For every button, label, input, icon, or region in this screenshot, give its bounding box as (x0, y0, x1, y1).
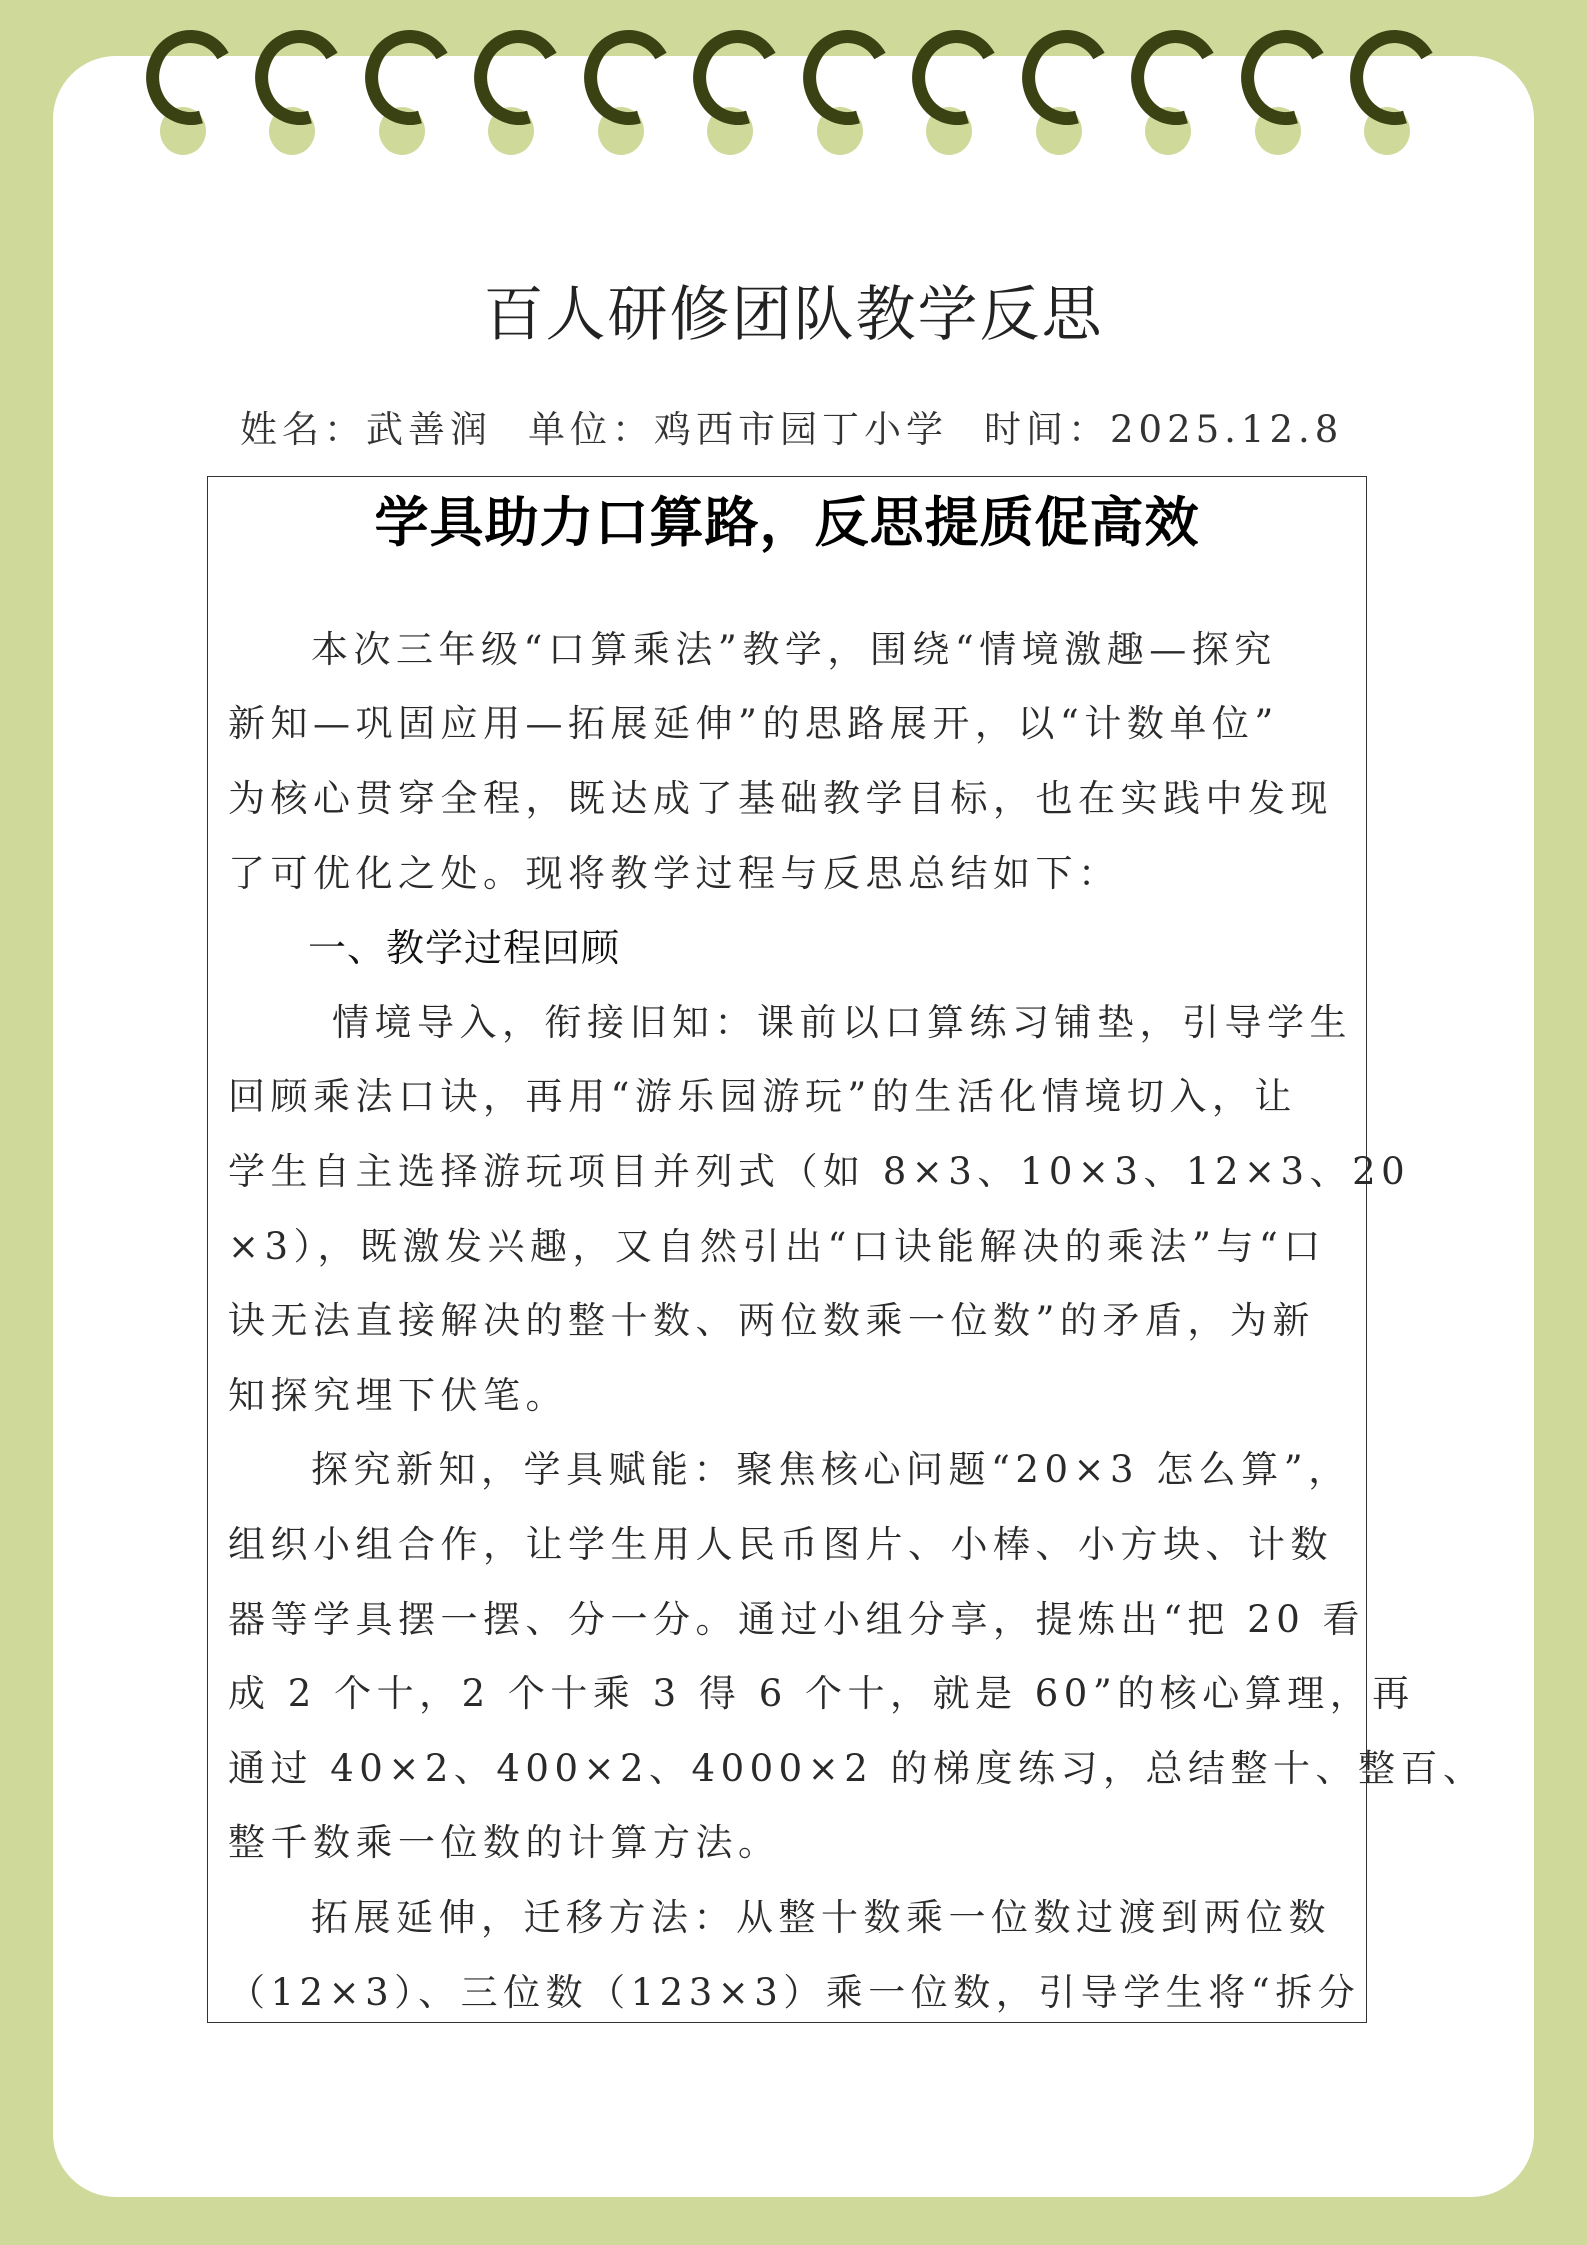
spiral-ring-icon (670, 0, 790, 170)
spiral-binding (0, 0, 1587, 200)
paragraph-line: 情境导入，衔接旧知：课前以口算练习铺垫，引导学生 (332, 986, 1462, 1061)
paragraph-line: 了可优化之处。现将教学过程与反思总结如下： (228, 837, 1358, 912)
spiral-ring-icon (561, 0, 681, 170)
spiral-ring-icon (451, 0, 571, 170)
paragraph-line: 本次三年级“口算乘法”教学，围绕“情境激趣—探究 (311, 613, 1441, 688)
paragraph-line: 拓展延伸，迁移方法：从整十数乘一位数过渡到两位数 (311, 1881, 1441, 1956)
article-subtitle: 学具助力口算路，反思提质促高效 (208, 487, 1366, 557)
unit-label: 单位： (528, 408, 654, 451)
spiral-ring-icon (1108, 0, 1228, 170)
spiral-ring-icon (999, 0, 1119, 170)
unit-value: 鸡西市园丁小学 (654, 408, 948, 451)
spiral-ring-icon (1218, 0, 1338, 170)
paragraph-line: 整千数乘一位数的计算方法。 (228, 1806, 1358, 1881)
paragraph-line: 成 2 个十，2 个十乘 3 得 6 个十，就是 60”的核心算理，再 (228, 1657, 1358, 1732)
spiral-ring-icon (1327, 0, 1447, 170)
section-heading: 一、教学过程回顾 (308, 911, 1438, 986)
paragraph-line: 诀无法直接解决的整十数、两位数乘一位数”的矛盾，为新 (228, 1284, 1358, 1359)
name-label: 姓名： (240, 408, 366, 451)
paragraph-line: 通过 40×2、400×2、4000×2 的梯度练习，总结整十、整百、 (228, 1732, 1358, 1807)
time-label: 时间： (984, 408, 1110, 451)
paragraph-line: 为核心贯穿全程，既达成了基础教学目标，也在实践中发现 (228, 762, 1358, 837)
paragraph-line: （12×3）、三位数（123×3）乘一位数，引导学生将“拆分 (228, 1956, 1358, 2031)
page-title: 百人研修团队教学反思 (0, 280, 1587, 350)
time-value: 2025.12.8 (1110, 408, 1343, 451)
paragraph-line: 学生自主选择游玩项目并列式（如 8×3、10×3、12×3、20 (228, 1135, 1358, 1210)
paragraph-line: ×3），既激发兴趣，又自然引出“口诀能解决的乘法”与“口 (228, 1210, 1358, 1285)
paragraph-line: 知探究埋下伏笔。 (228, 1359, 1358, 1434)
paragraph-line: 新知—巩固应用—拓展延伸”的思路展开，以“计数单位” (228, 687, 1358, 762)
name-value: 武善润 (366, 408, 492, 451)
author-info-line: 姓名：武善润单位：鸡西市园丁小学时间：2025.12.8 (240, 404, 1350, 456)
paragraph-line: 组织小组合作，让学生用人民币图片、小棒、小方块、计数 (228, 1508, 1358, 1583)
paragraph-line: 器等学具摆一摆、分一分。通过小组分享，提炼出“把 20 看 (228, 1583, 1358, 1658)
spiral-ring-icon (232, 0, 352, 170)
spiral-ring-icon (780, 0, 900, 170)
paragraph-line: 探究新知，学具赋能：聚焦核心问题“20×3 怎么算”， (311, 1433, 1441, 1508)
paragraph-line: 回顾乘法口诀，再用“游乐园游玩”的生活化情境切入，让 (228, 1060, 1358, 1135)
article-box: 学具助力口算路，反思提质促高效 本次三年级“口算乘法”教学，围绕“情境激趣—探究… (207, 476, 1367, 2023)
spiral-ring-icon (889, 0, 1009, 170)
spiral-ring-icon (342, 0, 462, 170)
spiral-ring-icon (123, 0, 243, 170)
